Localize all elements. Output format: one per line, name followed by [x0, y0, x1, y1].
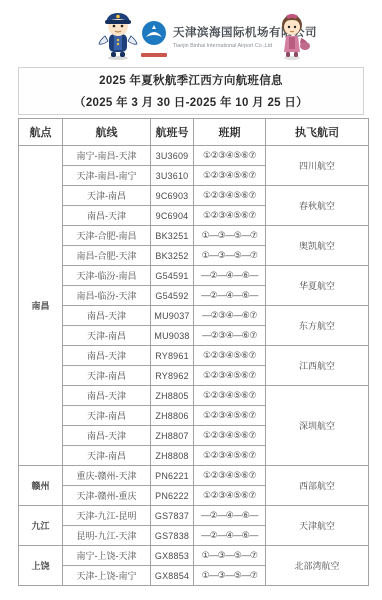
- page: 天津滨海国际机场有限公司 Tianjin Binhai Internationa…: [0, 0, 382, 600]
- table-row: 赣州重庆-赣州-天津PN6221①②③④⑤⑥⑦西部航空: [19, 466, 369, 486]
- title-box: 2025 年夏秋航季江西方向航班信息 （2025 年 3 月 30 日-2025…: [18, 67, 364, 115]
- route-cell: 南宁-南昌-天津: [63, 146, 151, 166]
- airline-cell: 天津航空: [266, 506, 369, 546]
- flight-no-cell: MU9038: [151, 326, 194, 346]
- airline-cell: 西部航空: [266, 466, 369, 506]
- col-header-route: 航线: [63, 119, 151, 146]
- route-cell: 南宁-上饶-天津: [63, 546, 151, 566]
- flight-no-cell: G54592: [151, 286, 194, 306]
- flight-no-cell: ZH8806: [151, 406, 194, 426]
- days-cell: ①—③—⑤—⑦: [194, 566, 266, 586]
- days-cell: ①②③④⑤⑥⑦: [194, 386, 266, 406]
- flight-no-cell: 9C6903: [151, 186, 194, 206]
- point-cell: 南昌: [19, 146, 63, 466]
- route-cell: 天津-南昌-南宁: [63, 166, 151, 186]
- airline-cell: 东方航空: [266, 306, 369, 346]
- flight-no-cell: PN6222: [151, 486, 194, 506]
- flight-no-cell: GS7837: [151, 506, 194, 526]
- page-title-line2: （2025 年 3 月 30 日-2025 年 10 月 25 日）: [74, 94, 308, 110]
- airline-cell: 华夏航空: [266, 266, 369, 306]
- flight-no-cell: MU9037: [151, 306, 194, 326]
- col-header-airline: 执飞航司: [266, 119, 369, 146]
- flight-no-cell: GS7838: [151, 526, 194, 546]
- days-cell: ①②③④⑤⑥⑦: [194, 346, 266, 366]
- route-cell: 天津-赣州-重庆: [63, 486, 151, 506]
- group-logo-caption: [141, 53, 167, 57]
- route-cell: 天津-南昌: [63, 406, 151, 426]
- table-header-row: 航点 航线 航班号 班期 执飞航司: [19, 119, 369, 146]
- table-row: 天津-临汾-南昌G54591—②—④—⑥—华夏航空: [19, 266, 369, 286]
- flight-table-body: 南昌南宁-南昌-天津3U3609①②③④⑤⑥⑦四川航空天津-南昌-南宁3U361…: [19, 146, 369, 586]
- table-row: 天津-南昌9C6903①②③④⑤⑥⑦春秋航空: [19, 186, 369, 206]
- route-cell: 南昌-临汾-天津: [63, 286, 151, 306]
- flight-table: 航点 航线 航班号 班期 执飞航司 南昌南宁-南昌-天津3U3609①②③④⑤⑥…: [18, 118, 369, 586]
- route-cell: 天津-合肥-南昌: [63, 226, 151, 246]
- route-cell: 南昌-天津: [63, 346, 151, 366]
- days-cell: ①②③④⑤⑥⑦: [194, 446, 266, 466]
- days-cell: —②—④—⑥—: [194, 506, 266, 526]
- days-cell: ①—③—⑤—⑦: [194, 246, 266, 266]
- days-cell: —②—④—⑥—: [194, 286, 266, 306]
- table-row: 南昌-天津MU9037—②③④—⑥⑦东方航空: [19, 306, 369, 326]
- days-cell: ①②③④⑤⑥⑦: [194, 166, 266, 186]
- days-cell: ①—③—⑤—⑦: [194, 226, 266, 246]
- flight-no-cell: ZH8808: [151, 446, 194, 466]
- flight-no-cell: 9C6904: [151, 206, 194, 226]
- flight-no-cell: ZH8805: [151, 386, 194, 406]
- table-row: 天津-合肥-南昌BK3251①—③—⑤—⑦奥凯航空: [19, 226, 369, 246]
- flight-no-cell: RY8961: [151, 346, 194, 366]
- route-cell: 重庆-赣州-天津: [63, 466, 151, 486]
- route-cell: 南昌-天津: [63, 306, 151, 326]
- flight-no-cell: 3U3609: [151, 146, 194, 166]
- route-cell: 南昌-天津: [63, 386, 151, 406]
- days-cell: —②—④—⑥—: [194, 266, 266, 286]
- point-cell: 九江: [19, 506, 63, 546]
- airline-cell: 深圳航空: [266, 386, 369, 466]
- airline-cell: 北部湾航空: [266, 546, 369, 586]
- days-cell: ①②③④⑤⑥⑦: [194, 406, 266, 426]
- route-cell: 天津-九江-昆明: [63, 506, 151, 526]
- flight-no-cell: GX8853: [151, 546, 194, 566]
- flight-no-cell: PN6221: [151, 466, 194, 486]
- route-cell: 南昌-天津: [63, 426, 151, 446]
- header-band: 天津滨海国际机场有限公司 Tianjin Binhai Internationa…: [0, 8, 382, 62]
- route-cell: 南昌-天津: [63, 206, 151, 226]
- col-header-point: 航点: [19, 119, 63, 146]
- days-cell: ①②③④⑤⑥⑦: [194, 146, 266, 166]
- airline-cell: 江西航空: [266, 346, 369, 386]
- days-cell: —②③④—⑥⑦: [194, 306, 266, 326]
- flight-no-cell: 3U3610: [151, 166, 194, 186]
- days-cell: ①②③④⑤⑥⑦: [194, 426, 266, 446]
- table-row: 南昌-天津RY8961①②③④⑤⑥⑦江西航空: [19, 346, 369, 366]
- flight-no-cell: G54591: [151, 266, 194, 286]
- route-cell: 天津-南昌: [63, 446, 151, 466]
- route-cell: 南昌-合肥-天津: [63, 246, 151, 266]
- flight-no-cell: GX8854: [151, 566, 194, 586]
- table-row: 南昌南宁-南昌-天津3U3609①②③④⑤⑥⑦四川航空: [19, 146, 369, 166]
- point-cell: 上饶: [19, 546, 63, 586]
- police-mascot-icon: [97, 10, 139, 65]
- table-row: 九江天津-九江-昆明GS7837—②—④—⑥—天津航空: [19, 506, 369, 526]
- point-cell: 赣州: [19, 466, 63, 506]
- table-row: 上饶南宁-上饶-天津GX8853①—③—⑤—⑦北部湾航空: [19, 546, 369, 566]
- flight-no-cell: ZH8807: [151, 426, 194, 446]
- flight-no-cell: BK3252: [151, 246, 194, 266]
- flight-no-cell: RY8962: [151, 366, 194, 386]
- airline-cell: 春秋航空: [266, 186, 369, 226]
- airline-cell: 奥凯航空: [266, 226, 369, 266]
- days-cell: ①②③④⑤⑥⑦: [194, 486, 266, 506]
- days-cell: ①②③④⑤⑥⑦: [194, 366, 266, 386]
- route-cell: 天津-南昌: [63, 186, 151, 206]
- airport-group-logo: [139, 20, 169, 57]
- flight-no-cell: BK3251: [151, 226, 194, 246]
- days-cell: ①②③④⑤⑥⑦: [194, 186, 266, 206]
- route-cell: 天津-南昌: [63, 366, 151, 386]
- stewardess-mascot-icon: [274, 10, 310, 65]
- route-cell: 天津-临汾-南昌: [63, 266, 151, 286]
- col-header-days: 班期: [194, 119, 266, 146]
- days-cell: —②—④—⑥—: [194, 526, 266, 546]
- days-cell: ①②③④⑤⑥⑦: [194, 206, 266, 226]
- route-cell: 天津-上饶-南宁: [63, 566, 151, 586]
- route-cell: 天津-南昌: [63, 326, 151, 346]
- airline-cell: 四川航空: [266, 146, 369, 186]
- days-cell: ①②③④⑤⑥⑦: [194, 466, 266, 486]
- page-title-line1: 2025 年夏秋航季江西方向航班信息: [99, 72, 283, 88]
- days-cell: ①—③—⑤—⑦: [194, 546, 266, 566]
- table-row: 南昌-天津ZH8805①②③④⑤⑥⑦深圳航空: [19, 386, 369, 406]
- col-header-flightno: 航班号: [151, 119, 194, 146]
- route-cell: 昆明-九江-天津: [63, 526, 151, 546]
- days-cell: —②③④—⑥⑦: [194, 326, 266, 346]
